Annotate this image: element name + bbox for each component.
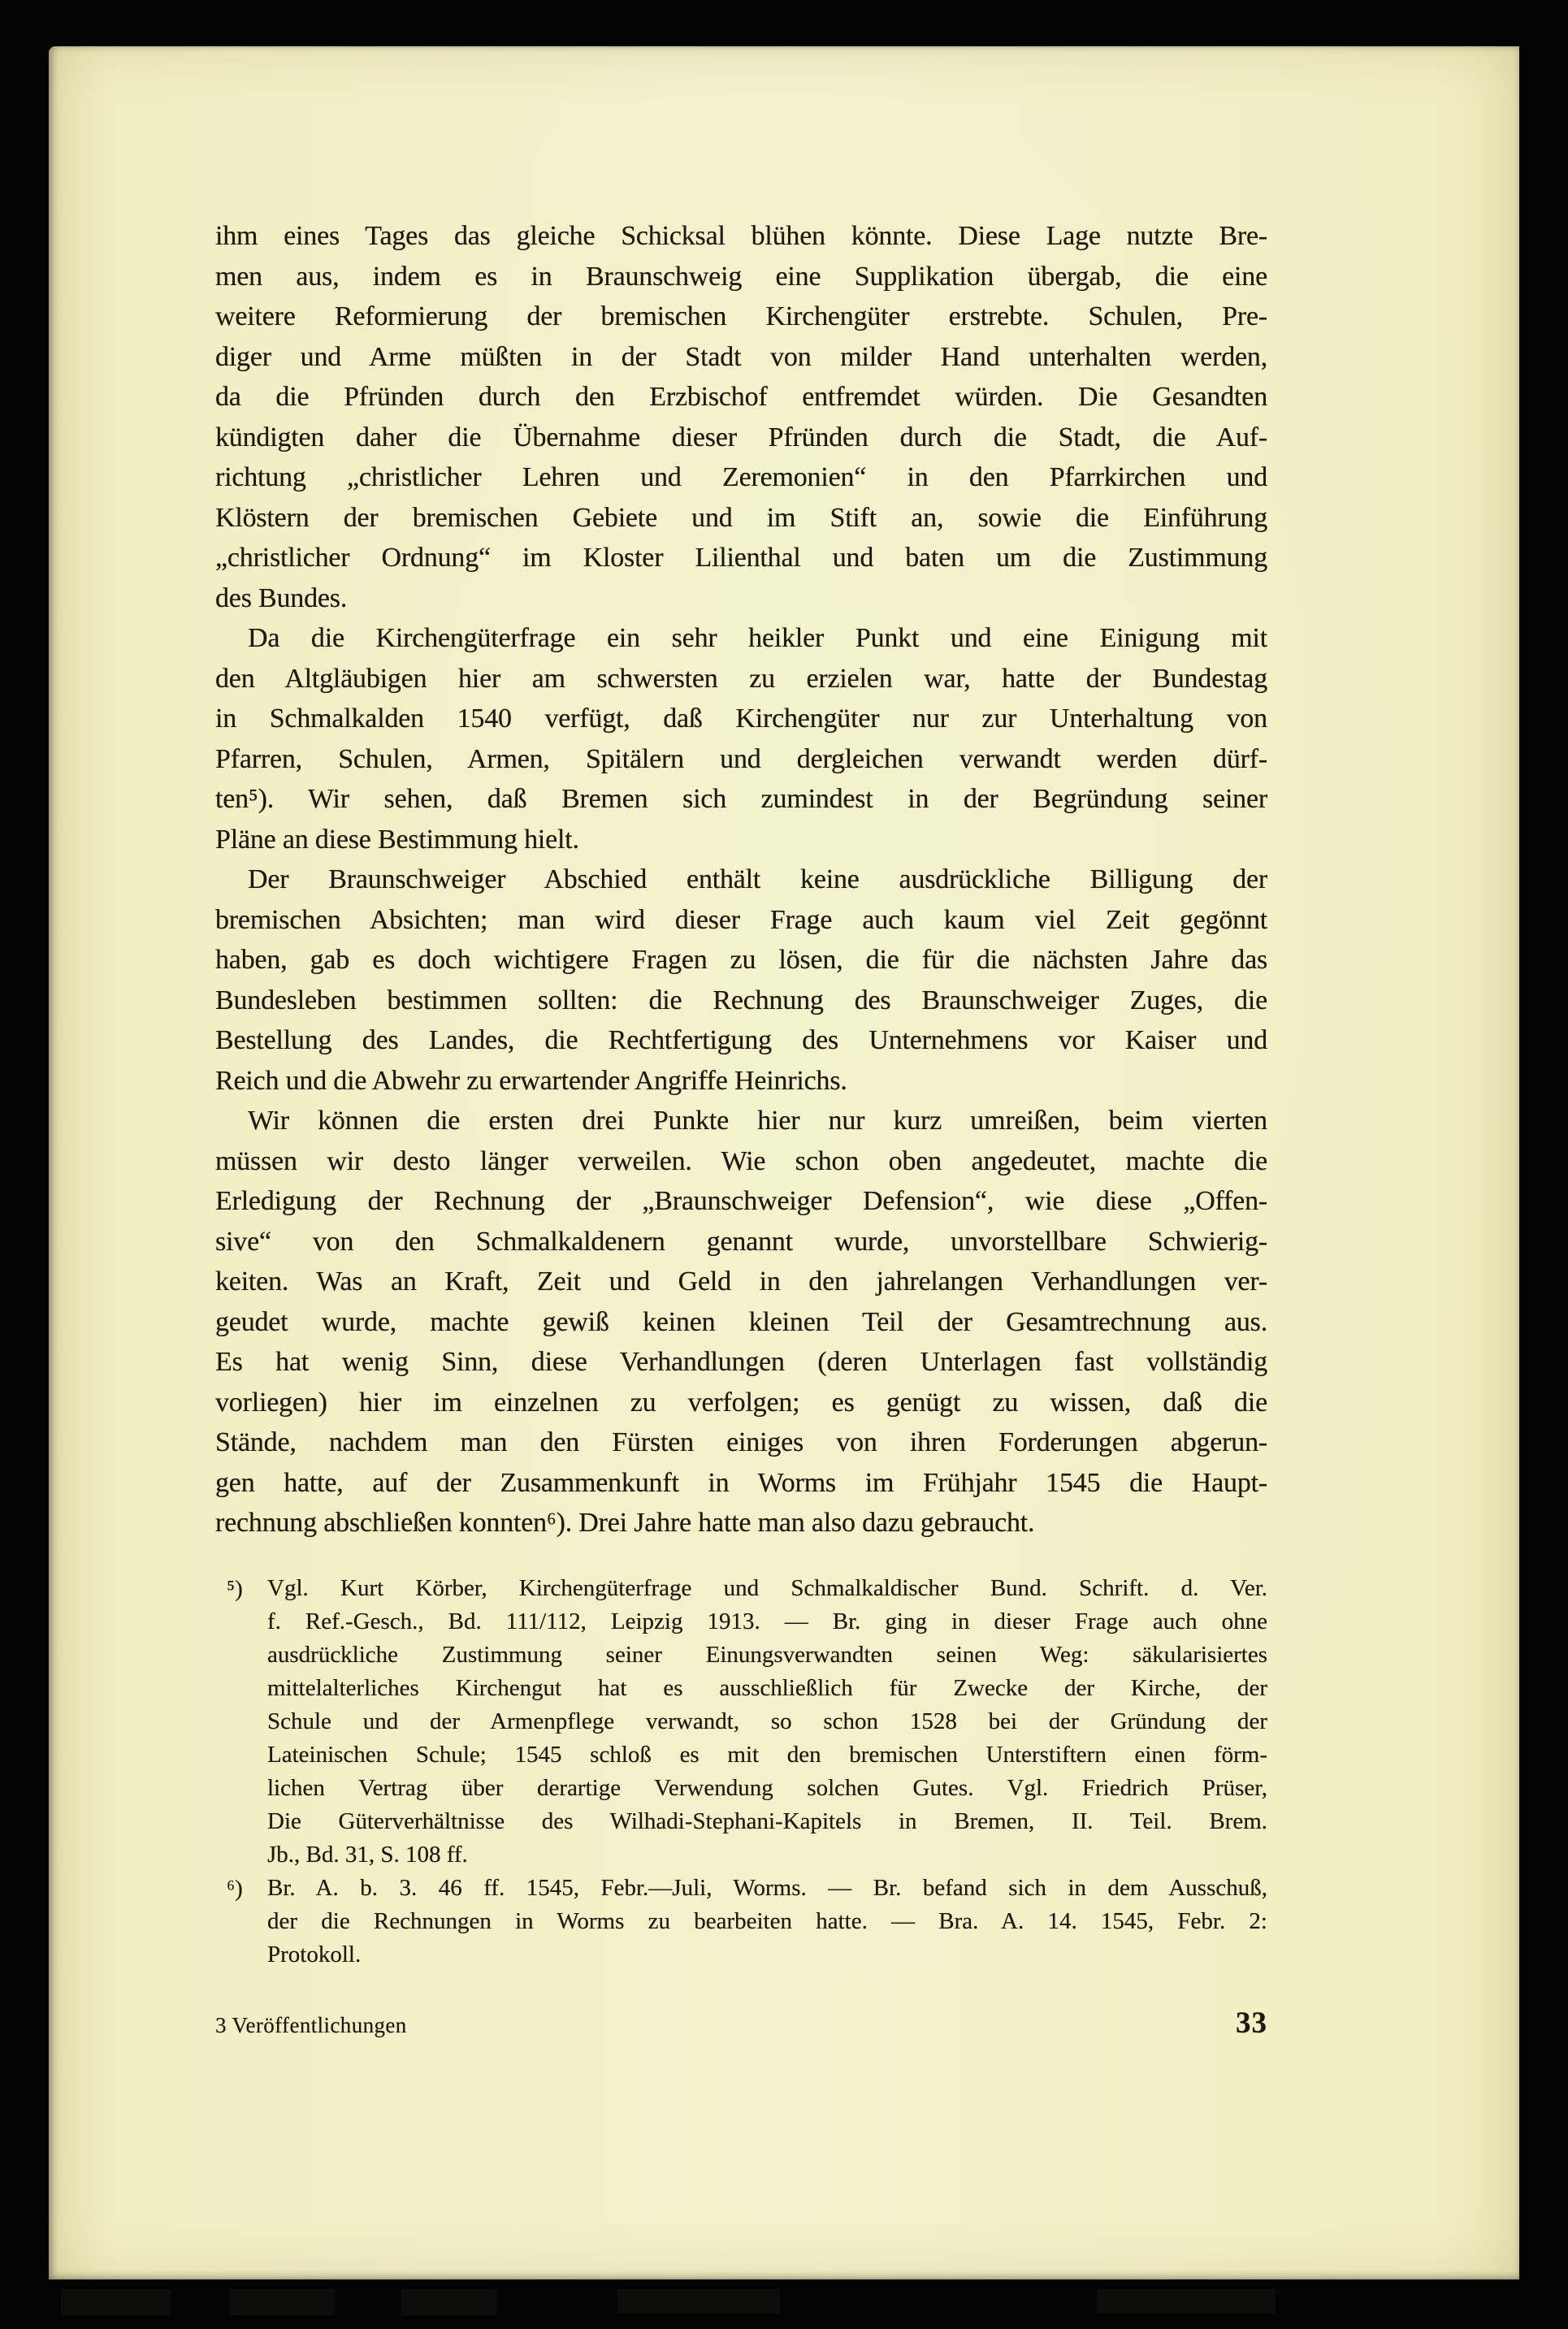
footnote: ⁵)Vgl. Kurt Körber, Kirchengüterfrage un… bbox=[215, 1572, 1267, 1872]
text-line: rechnung abschließen konnten⁶). Drei Jah… bbox=[215, 1503, 1267, 1543]
text-line: sive“ von den Schmalkaldenern genannt wu… bbox=[215, 1222, 1267, 1262]
text-line: Der Braunschweiger Abschied enthält kein… bbox=[215, 859, 1267, 900]
text-line: bremischen Absichten; man wird dieser Fr… bbox=[215, 900, 1267, 941]
paragraph: ihm eines Tages das gleiche Schicksal bl… bbox=[215, 216, 1267, 618]
text-line: des Bundes. bbox=[215, 578, 1267, 619]
footnote-line: f. Ref.-Gesch., Bd. 111/112, Leipzig 191… bbox=[267, 1605, 1267, 1639]
text-line: ten⁵). Wir sehen, daß Bremen sich zumind… bbox=[215, 779, 1267, 820]
footnote: ⁶)Br. A. b. 3. 46 ff. 1545, Febr.—Juli, … bbox=[215, 1872, 1267, 1972]
footnote-line: Die Güterverhältnisse des Wilhadi-Stepha… bbox=[267, 1805, 1267, 1838]
text-line: richtung „christlicher Lehren und Zeremo… bbox=[215, 457, 1267, 498]
text-line: Erledigung der Rechnung der „Braunschwei… bbox=[215, 1181, 1267, 1222]
scanner-artifact bbox=[1097, 2289, 1276, 2314]
paragraph: Der Braunschweiger Abschied enthält kein… bbox=[215, 859, 1267, 1101]
scanned-book-spread: { "document": { "paragraphs": [ {"lines"… bbox=[0, 0, 1568, 2329]
scanner-artifact bbox=[61, 2289, 171, 2315]
footnotes-section: ⁵)Vgl. Kurt Körber, Kirchengüterfrage un… bbox=[215, 1572, 1267, 1972]
text-line: kündigten daher die Übernahme dieser Pfr… bbox=[215, 418, 1267, 458]
text-line: haben, gab es doch wichtigere Fragen zu … bbox=[215, 940, 1267, 981]
text-line: diger und Arme müßten in der Stadt von m… bbox=[215, 337, 1267, 378]
text-line: gen hatte, auf der Zusammenkunft in Worm… bbox=[215, 1463, 1267, 1504]
text-line: Bundesleben bestimmen sollten: die Rechn… bbox=[215, 981, 1267, 1021]
scanner-artifact bbox=[617, 2289, 780, 2314]
text-line: Pfarren, Schulen, Armen, Spitälern und d… bbox=[215, 739, 1267, 780]
body-paragraphs: ihm eines Tages das gleiche Schicksal bl… bbox=[215, 216, 1267, 1543]
footnote-line: Schule und der Armenpflege verwandt, so … bbox=[267, 1705, 1267, 1738]
text-line: Bestellung des Landes, die Rechtfertigun… bbox=[215, 1020, 1267, 1061]
page-footer: 3 Veröffentlichungen 33 bbox=[215, 2006, 1267, 2041]
text-line: keiten. Was an Kraft, Zeit und Geld in d… bbox=[215, 1262, 1267, 1302]
book-page: ihm eines Tages das gleiche Schicksal bl… bbox=[49, 46, 1519, 2279]
footnote-marker: ⁵) bbox=[227, 1573, 243, 1606]
text-line: in Schmalkalden 1540 verfügt, daß Kirche… bbox=[215, 699, 1267, 739]
text-line: Pläne an diese Bestimmung hielt. bbox=[215, 820, 1267, 860]
text-line: den Altgläubigen hier am schwersten zu e… bbox=[215, 659, 1267, 699]
text-line: geudet wurde, machte gewiß keinen kleine… bbox=[215, 1302, 1267, 1343]
body-text: ihm eines Tages das gleiche Schicksal bl… bbox=[215, 216, 1267, 1543]
text-line: men aus, indem es in Braunschweig eine S… bbox=[215, 257, 1267, 297]
footnote-line: mittelalterliches Kirchengut hat es auss… bbox=[267, 1672, 1267, 1705]
paragraph: Wir können die ersten drei Punkte hier n… bbox=[215, 1101, 1267, 1543]
footnote-line: lichen Vertrag über derartige Verwendung… bbox=[267, 1772, 1267, 1805]
footnote-line: Lateinischen Schule; 1545 schloß es mit … bbox=[267, 1738, 1267, 1772]
text-line: Wir können die ersten drei Punkte hier n… bbox=[215, 1101, 1267, 1141]
text-line: Klöstern der bremischen Gebiete und im S… bbox=[215, 498, 1267, 539]
signature-mark: 3 Veröffentlichungen bbox=[215, 2013, 407, 2038]
scanner-artifact bbox=[229, 2289, 335, 2315]
footnote-marker: ⁶) bbox=[227, 1872, 243, 1906]
text-line: müssen wir desto länger verweilen. Wie s… bbox=[215, 1141, 1267, 1182]
text-line: ihm eines Tages das gleiche Schicksal bl… bbox=[215, 216, 1267, 257]
text-line: Reich und die Abwehr zu erwartender Angr… bbox=[215, 1061, 1267, 1102]
text-line: „christlicher Ordnung“ im Kloster Lilien… bbox=[215, 538, 1267, 578]
text-line: Da die Kirchengüterfrage ein sehr heikle… bbox=[215, 618, 1267, 659]
text-line: weitere Reformierung der bremischen Kirc… bbox=[215, 297, 1267, 337]
text-line: da die Pfründen durch den Erzbischof ent… bbox=[215, 377, 1267, 418]
footnote-line: Protokoll. bbox=[267, 1938, 1267, 1972]
text-line: vorliegen) hier im einzelnen zu verfolge… bbox=[215, 1383, 1267, 1423]
scanner-artifact bbox=[401, 2289, 497, 2315]
footnote-line: ausdrückliche Zustimmung seiner Einungsv… bbox=[267, 1639, 1267, 1672]
footnote-line: Jb., Bd. 31, S. 108 ff. bbox=[267, 1838, 1267, 1872]
footnote-line: Br. A. b. 3. 46 ff. 1545, Febr.—Juli, Wo… bbox=[267, 1872, 1267, 1905]
text-line: Stände, nachdem man den Fürsten einiges … bbox=[215, 1422, 1267, 1463]
text-line: Es hat wenig Sinn, diese Verhandlungen (… bbox=[215, 1342, 1267, 1383]
footnote-line: Vgl. Kurt Körber, Kirchengüterfrage und … bbox=[267, 1572, 1267, 1605]
footnote-line: der die Rechnungen in Worms zu bearbeite… bbox=[267, 1905, 1267, 1938]
paragraph: Da die Kirchengüterfrage ein sehr heikle… bbox=[215, 618, 1267, 859]
page-number: 33 bbox=[1236, 2006, 1267, 2041]
